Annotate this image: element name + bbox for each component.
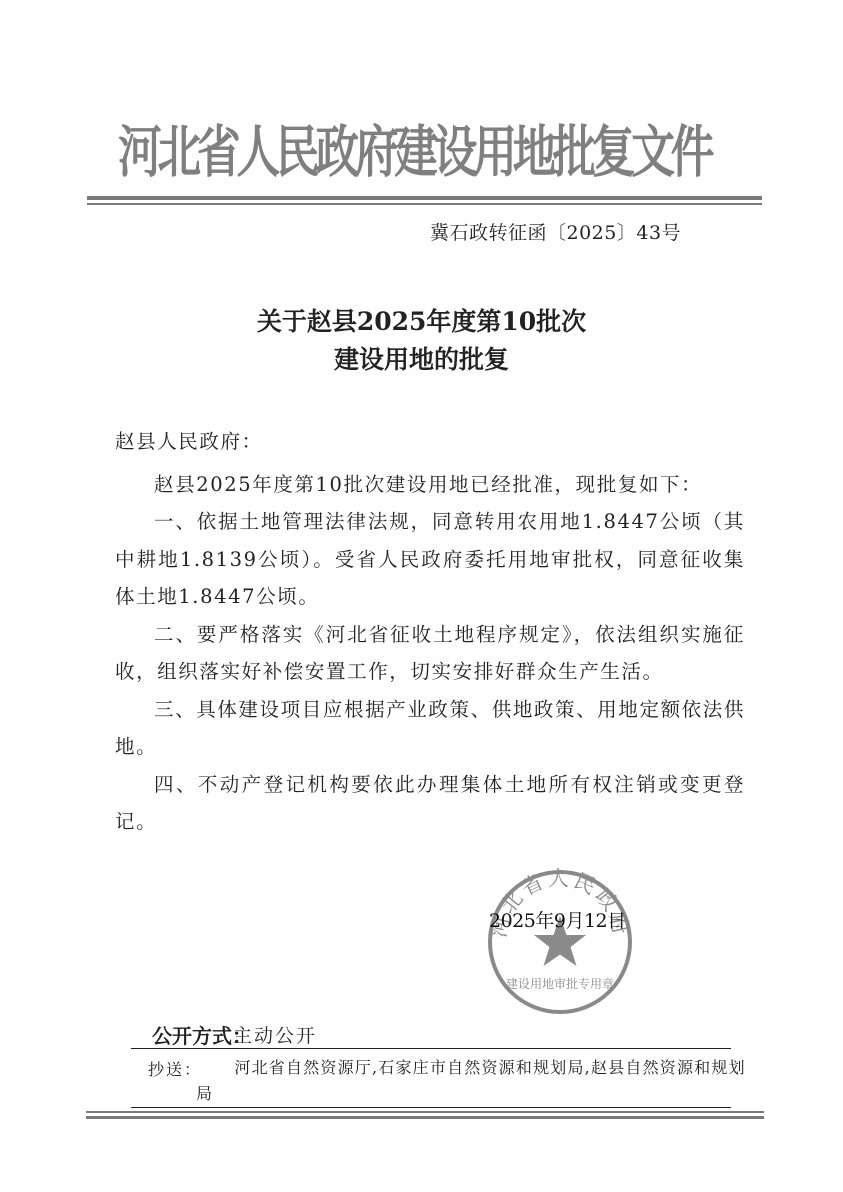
- paragraph-item-4: 四、不动产登记机构要依此办理集体土地所有权注销或变更登记。: [115, 766, 745, 841]
- seal-graphic: 河北省人民政府 建设用地审批专用章: [486, 868, 634, 1016]
- official-seal: 河北省人民政府 建设用地审批专用章: [486, 868, 634, 1016]
- paragraph-item-3: 三、具体建设项目应根据产业政策、供地政策、用地定额依法供地。: [115, 691, 745, 766]
- paragraph-item-1: 一、依据土地管理法律法规，同意转用农用地1.8447公顷（其中耕地1.8139公…: [115, 503, 745, 616]
- paragraph-item-2: 二、要严格落实《河北省征收土地程序规定》，依法组织实施征收，组织落实好补偿安置工…: [115, 616, 745, 691]
- cc-label: 抄送：: [148, 1057, 202, 1080]
- header-rule-thick: [87, 196, 762, 200]
- seal-bottom-text: 建设用地审批专用章: [506, 976, 614, 991]
- publicity-value: 主动公开: [233, 1021, 317, 1048]
- document-title-line1: 关于赵县2025年度第10批次: [0, 302, 843, 338]
- footer-rule-bottom: [131, 1107, 731, 1108]
- document-title-line2: 建设用地的批复: [0, 340, 843, 376]
- cc-recipients: 河北省自然资源厅,石家庄市自然资源和规划局,赵县自然资源和规划局: [196, 1055, 751, 1107]
- addressee: 赵县人民政府：: [115, 423, 745, 461]
- paragraph-intro: 赵县2025年度第10批次建设用地已经批准，现批复如下：: [115, 466, 745, 504]
- bottom-rule-thin: [86, 1111, 764, 1113]
- document-number: 冀石政转征函〔2025〕43号: [430, 218, 681, 245]
- document-header-title: 河北省人民政府建设用地批复文件: [118, 115, 639, 191]
- document-body: 赵县人民政府： 赵县2025年度第10批次建设用地已经批准，现批复如下： 一、依…: [115, 423, 745, 841]
- signature-date: 2025年9月12日: [489, 906, 626, 933]
- bottom-rule-thick: [86, 1116, 764, 1119]
- header-rule-thin: [87, 203, 762, 205]
- footer-rule-top: [131, 1048, 731, 1049]
